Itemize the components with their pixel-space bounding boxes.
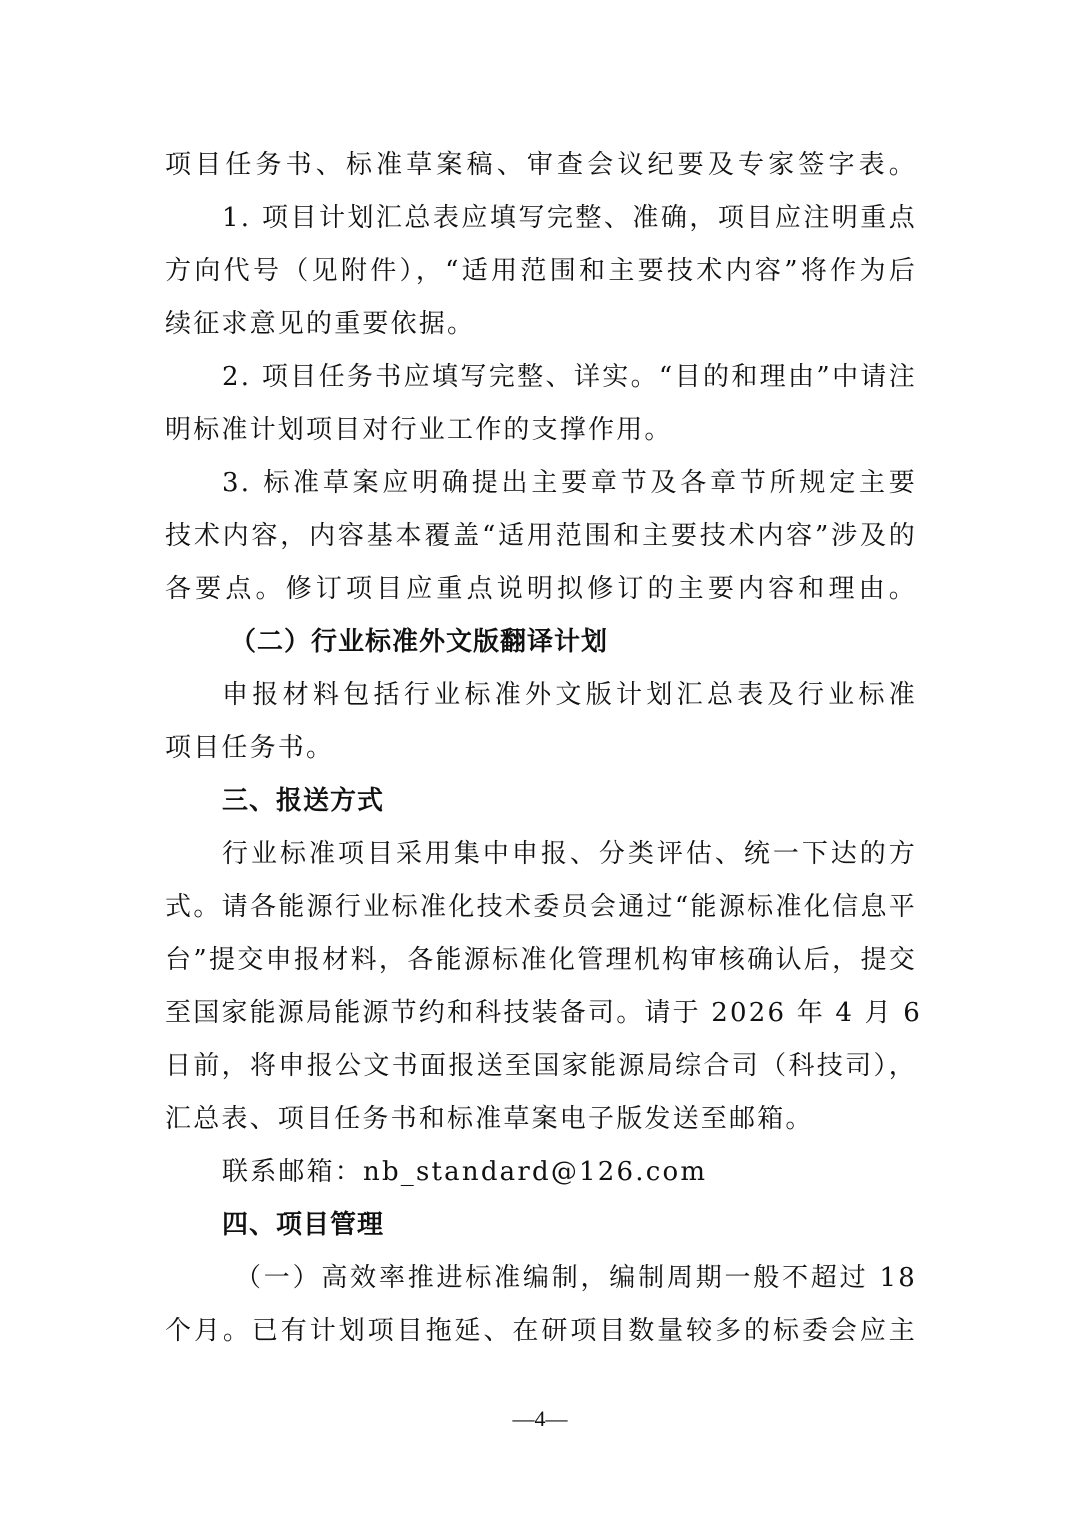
page-number: —4— — [0, 1404, 1080, 1434]
section-heading: 四、项目管理 — [222, 1205, 917, 1245]
list-item-3-line: 各要点。修订项目应重点说明拟修订的主要内容和理由。 — [165, 569, 917, 609]
paragraph-line: 至国家能源局能源节约和科技装备司。请于 2026 年 4 月 6 — [165, 993, 917, 1033]
paragraph-line: （一）高效率推进标准编制，编制周期一般不超过 18 — [235, 1258, 917, 1298]
paragraph-line: 台”提交申报材料，各能源标准化管理机构审核确认后，提交 — [165, 940, 917, 980]
paragraph-line: 汇总表、项目任务书和标准草案电子版发送至邮箱。 — [165, 1099, 917, 1139]
list-item-1-line: 续征求意见的重要依据。 — [165, 304, 917, 344]
paragraph-line: 申报材料包括行业标准外文版计划汇总表及行业标准 — [222, 675, 917, 715]
paragraph-line: 式。请各能源行业标准化技术委员会通过“能源标准化信息平 — [165, 887, 917, 927]
document-page: 项目任务书、标准草案稿、审查会议纪要及专家签字表。 1. 项目计划汇总表应填写完… — [0, 0, 1080, 1527]
paragraph-line: 项目任务书。 — [165, 728, 917, 768]
paragraph-line: 项目任务书、标准草案稿、审查会议纪要及专家签字表。 — [165, 145, 917, 185]
section-subheading: （二）行业标准外文版翻译计划 — [230, 622, 982, 662]
paragraph-line: 行业标准项目采用集中申报、分类评估、统一下达的方 — [222, 834, 917, 874]
paragraph-line: 日前，将申报公文书面报送至国家能源局综合司（科技司）， — [165, 1046, 917, 1086]
list-item-1-line: 方向代号（见附件），“适用范围和主要技术内容”将作为后 — [165, 251, 917, 291]
list-item-2-line: 2. 项目任务书应填写完整、详实。“目的和理由”中请注 — [222, 357, 917, 397]
list-item-3-line: 技术内容，内容基本覆盖“适用范围和主要技术内容”涉及的 — [165, 516, 917, 556]
list-item-3-line: 3. 标准草案应明确提出主要章节及各章节所规定主要 — [222, 463, 917, 503]
paragraph-line: 个月。已有计划项目拖延、在研项目数量较多的标委会应主 — [165, 1311, 917, 1351]
contact-email-line: 联系邮箱：nb_standard@126.com — [222, 1152, 917, 1192]
list-item-2-line: 明标准计划项目对行业工作的支撑作用。 — [165, 410, 917, 450]
section-heading: 三、报送方式 — [222, 781, 917, 821]
list-item-1-line: 1. 项目计划汇总表应填写完整、准确，项目应注明重点 — [222, 198, 917, 238]
